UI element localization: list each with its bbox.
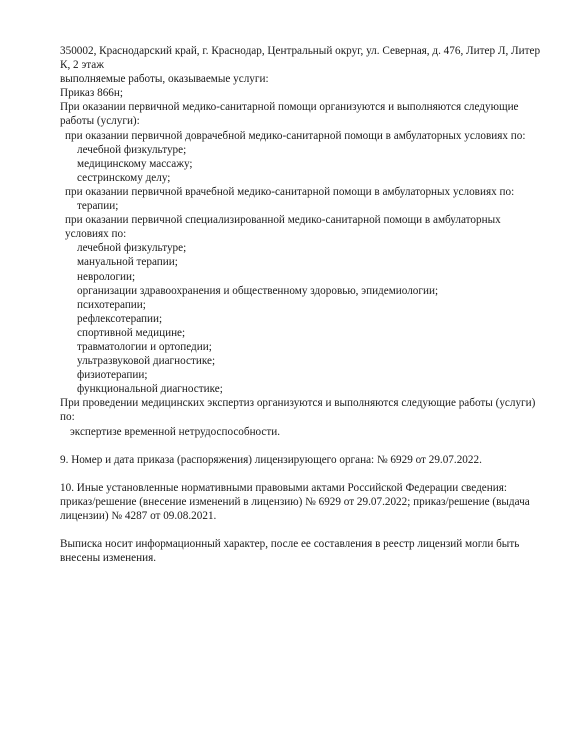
spacer — [60, 523, 545, 537]
list-item: ультразвуковой диагностике; — [60, 354, 545, 368]
list-item: экспертизе временной нетрудоспособности. — [60, 425, 545, 439]
list-item: неврологии; — [60, 270, 545, 284]
vrach-list: терапии; — [60, 199, 545, 213]
license-extract-page: 350002, Краснодарский край, г. Краснодар… — [60, 44, 545, 565]
section-9: 9. Номер и дата приказа (распоряжения) л… — [60, 453, 545, 467]
prevrach-heading: при оказании первичной доврачебной медик… — [60, 129, 545, 143]
expertise-intro: При проведении медицинских экспертиз орг… — [60, 396, 545, 424]
list-item: физиотерапии; — [60, 368, 545, 382]
list-item: лечебной физкультуре; — [60, 241, 545, 255]
list-item: рефлексотерапии; — [60, 312, 545, 326]
list-item: функциональной диагностике; — [60, 382, 545, 396]
list-item: сестринскому делу; — [60, 171, 545, 185]
list-item: лечебной физкультуре; — [60, 143, 545, 157]
order-reference: Приказ 866н; — [60, 86, 545, 100]
disclaimer: Выписка носит информационный характер, п… — [60, 537, 545, 565]
list-item: организации здравоохранения и общественн… — [60, 284, 545, 298]
works-label: выполняемые работы, оказываемые услуги: — [60, 72, 545, 86]
vrach-heading: при оказании первичной врачебной медико-… — [60, 185, 545, 199]
list-item: психотерапии; — [60, 298, 545, 312]
address: 350002, Краснодарский край, г. Краснодар… — [60, 44, 545, 72]
list-item: медицинскому массажу; — [60, 157, 545, 171]
list-item: терапии; — [60, 199, 545, 213]
primary-care-intro: При оказании первичной медико-санитарной… — [60, 100, 545, 128]
section-10: 10. Иные установленные нормативными прав… — [60, 481, 545, 523]
spec-heading: при оказании первичной специализированно… — [60, 213, 545, 241]
spacer — [60, 467, 545, 481]
list-item: мануальной терапии; — [60, 255, 545, 269]
list-item: травматологии и ортопедии; — [60, 340, 545, 354]
spec-list: лечебной физкультуре; мануальной терапии… — [60, 241, 545, 396]
prevrach-list: лечебной физкультуре; медицинскому масса… — [60, 143, 545, 185]
list-item: спортивной медицине; — [60, 326, 545, 340]
spacer — [60, 439, 545, 453]
expertise-list: экспертизе временной нетрудоспособности. — [60, 425, 545, 439]
